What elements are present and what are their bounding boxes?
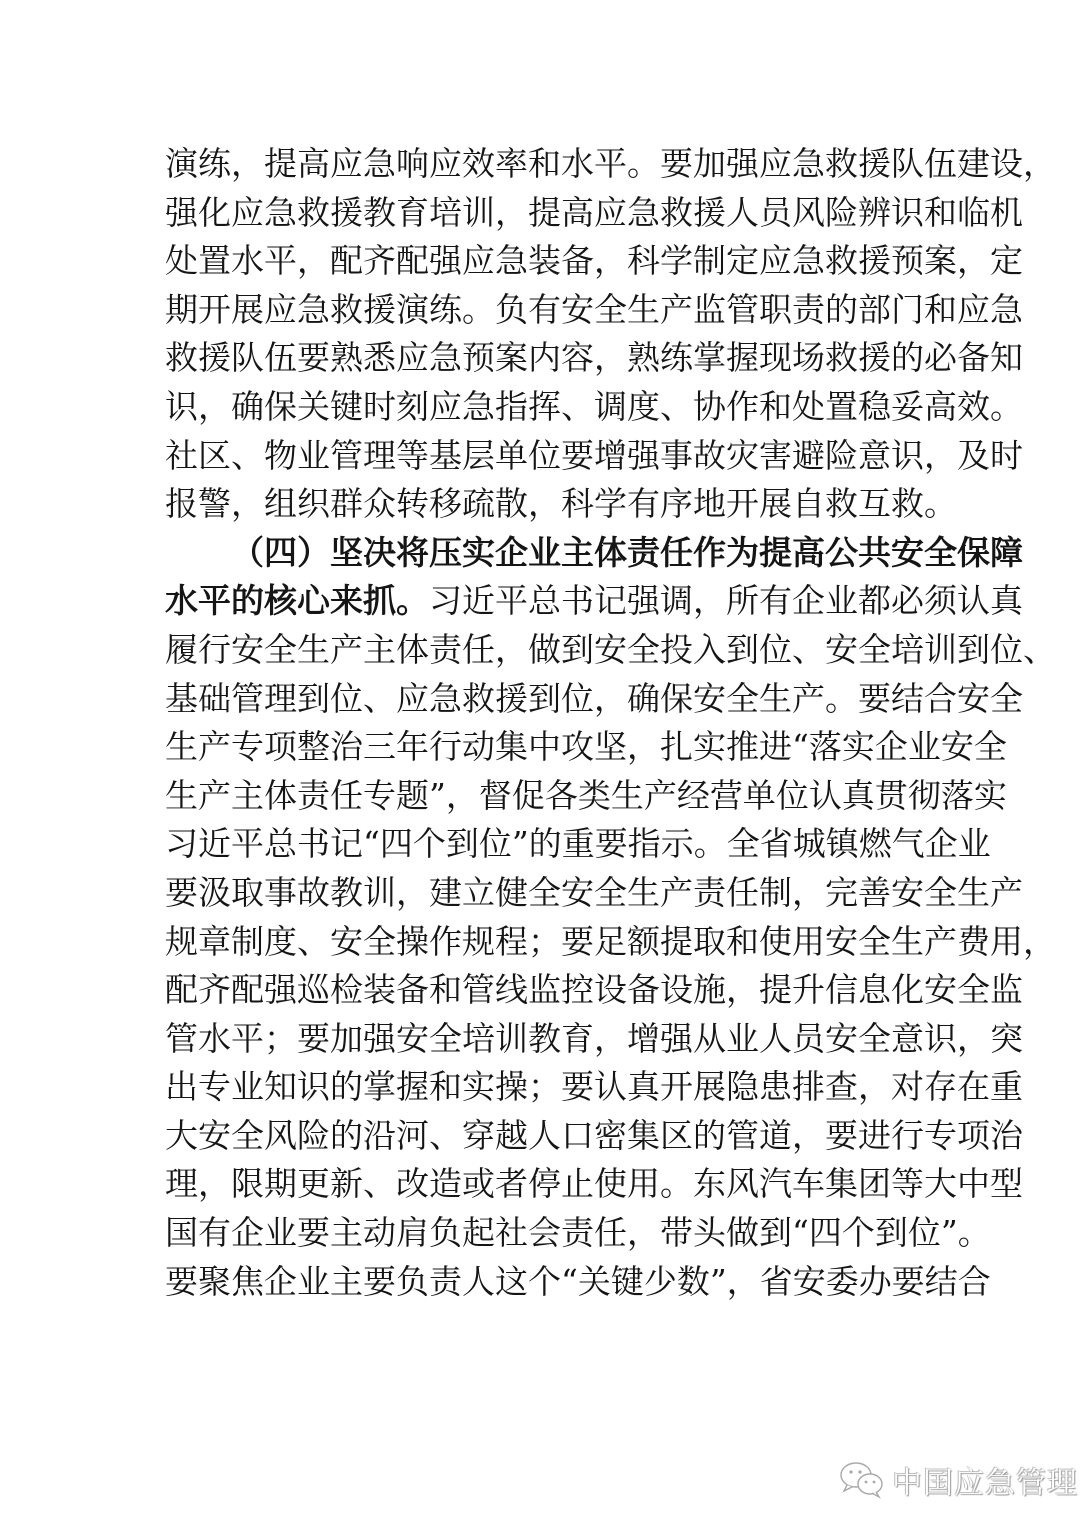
text-line: 管水平；要加强安全培训教育，增强从业人员安全意识，突	[165, 1015, 917, 1064]
text-line: （四）坚决将压实企业主体责任作为提高公共安全保障	[165, 529, 917, 578]
body-text: 报警，组织群众转移疏散，科学有序地开展自救互救。	[165, 484, 957, 523]
text-line: 强化应急救援教育培训，提高应急救援人员风险辨识和临机	[165, 189, 917, 238]
body-text: 配齐配强巡检装备和管线监控设备设施，提升信息化安全监	[165, 970, 1023, 1009]
body-text: 管水平；要加强安全培训教育，增强从业人员安全意识，突	[165, 1019, 1023, 1058]
body-text: 要聚焦企业主要负责人这个“关键少数”，省安委办要结合	[165, 1262, 991, 1301]
text-line: 基础管理到位、应急救援到位，确保安全生产。要结合安全	[165, 675, 917, 724]
section-heading: （四）坚决将压实企业主体责任作为提高公共安全保障	[231, 533, 1023, 572]
body-text: 出专业知识的掌握和实操；要认真开展隐患排查，对存在重	[165, 1067, 1023, 1106]
text-line: 期开展应急救援演练。负有安全生产监管职责的部门和应急	[165, 286, 917, 335]
text-line: 履行安全生产主体责任，做到安全投入到位、安全培训到位、	[165, 626, 917, 675]
body-text: 大安全风险的沿河、穿越人口密集区的管道，要进行专项治	[165, 1116, 1023, 1155]
text-line: 水平的核心来抓。习近平总书记强调，所有企业都必须认真	[165, 577, 917, 626]
text-line: 救援队伍要熟悉应急预案内容，熟练掌握现场救援的必备知	[165, 334, 917, 383]
body-text: 习近平总书记强调，所有企业都必须认真	[429, 581, 1023, 620]
section-heading: 水平的核心来抓。	[165, 581, 429, 620]
wechat-icon	[838, 1460, 886, 1500]
body-text: 履行安全生产主体责任，做到安全投入到位、安全培训到位、	[165, 630, 1056, 669]
body-text: 强化应急救援教育培训，提高应急救援人员风险辨识和临机	[165, 193, 1023, 232]
body-text: 期开展应急救援演练。负有安全生产监管职责的部门和应急	[165, 290, 1023, 329]
text-line: 国有企业要主动肩负起社会责任，带头做到“四个到位”。	[165, 1209, 917, 1258]
text-line: 出专业知识的掌握和实操；要认真开展隐患排查，对存在重	[165, 1063, 917, 1112]
body-text: 要汲取事故教训，建立健全安全生产责任制，完善安全生产	[165, 873, 1023, 912]
body-text: 生产主体责任专题”，督促各类生产经营单位认真贯彻落实	[165, 776, 1007, 815]
body-text: 演练，提高应急响应效率和水平。要加强应急救援队伍建设，	[165, 144, 1056, 183]
body-text: 基础管理到位、应急救援到位，确保安全生产。要结合安全	[165, 679, 1023, 718]
body-text: 社区、物业管理等基层单位要增强事故灾害避险意识，及时	[165, 436, 1023, 475]
text-line: 生产专项整治三年行动集中攻坚，扎实推进“落实企业安全	[165, 723, 917, 772]
body-text: 国有企业要主动肩负起社会责任，带头做到“四个到位”。	[165, 1213, 991, 1252]
body-text: 规章制度、安全操作规程；要足额提取和使用安全生产费用，	[165, 922, 1056, 961]
body-text: 处置水平，配齐配强应急装备，科学制定应急救援预案，定	[165, 241, 1023, 280]
text-line: 报警，组织群众转移疏散，科学有序地开展自救互救。	[165, 480, 917, 529]
text-line: 规章制度、安全操作规程；要足额提取和使用安全生产费用，	[165, 918, 917, 967]
document-page: 演练，提高应急响应效率和水平。要加强应急救援队伍建设，强化应急救援教育培训，提高…	[0, 0, 1080, 1527]
text-line: 生产主体责任专题”，督促各类生产经营单位认真贯彻落实	[165, 772, 917, 821]
body-text: 习近平总书记“四个到位”的重要指示。全省城镇燃气企业	[165, 824, 991, 863]
text-line: 识，确保关键时刻应急指挥、调度、协作和处置稳妥高效。	[165, 383, 917, 432]
body-text: 理，限期更新、改造或者停止使用。东风汽车集团等大中型	[165, 1164, 1023, 1203]
text-line: 配齐配强巡检装备和管线监控设备设施，提升信息化安全监	[165, 966, 917, 1015]
text-line: 社区、物业管理等基层单位要增强事故灾害避险意识，及时	[165, 432, 917, 481]
document-body: 演练，提高应急响应效率和水平。要加强应急救援队伍建设，强化应急救援教育培训，提高…	[165, 140, 917, 1306]
text-line: 大安全风险的沿河、穿越人口密集区的管道，要进行专项治	[165, 1112, 917, 1161]
watermark: 中国应急管理	[838, 1458, 1078, 1502]
text-line: 处置水平，配齐配强应急装备，科学制定应急救援预案，定	[165, 237, 917, 286]
body-text: 识，确保关键时刻应急指挥、调度、协作和处置稳妥高效。	[165, 387, 1023, 426]
text-line: 习近平总书记“四个到位”的重要指示。全省城镇燃气企业	[165, 820, 917, 869]
body-text: 救援队伍要熟悉应急预案内容，熟练掌握现场救援的必备知	[165, 338, 1023, 377]
text-line: 要汲取事故教训，建立健全安全生产责任制，完善安全生产	[165, 869, 917, 918]
text-line: 要聚焦企业主要负责人这个“关键少数”，省安委办要结合	[165, 1258, 917, 1307]
body-text: 生产专项整治三年行动集中攻坚，扎实推进“落实企业安全	[165, 727, 1007, 766]
text-line: 理，限期更新、改造或者停止使用。东风汽车集团等大中型	[165, 1160, 917, 1209]
text-line: 演练，提高应急响应效率和水平。要加强应急救援队伍建设，	[165, 140, 917, 189]
watermark-text: 中国应急管理	[892, 1458, 1078, 1502]
